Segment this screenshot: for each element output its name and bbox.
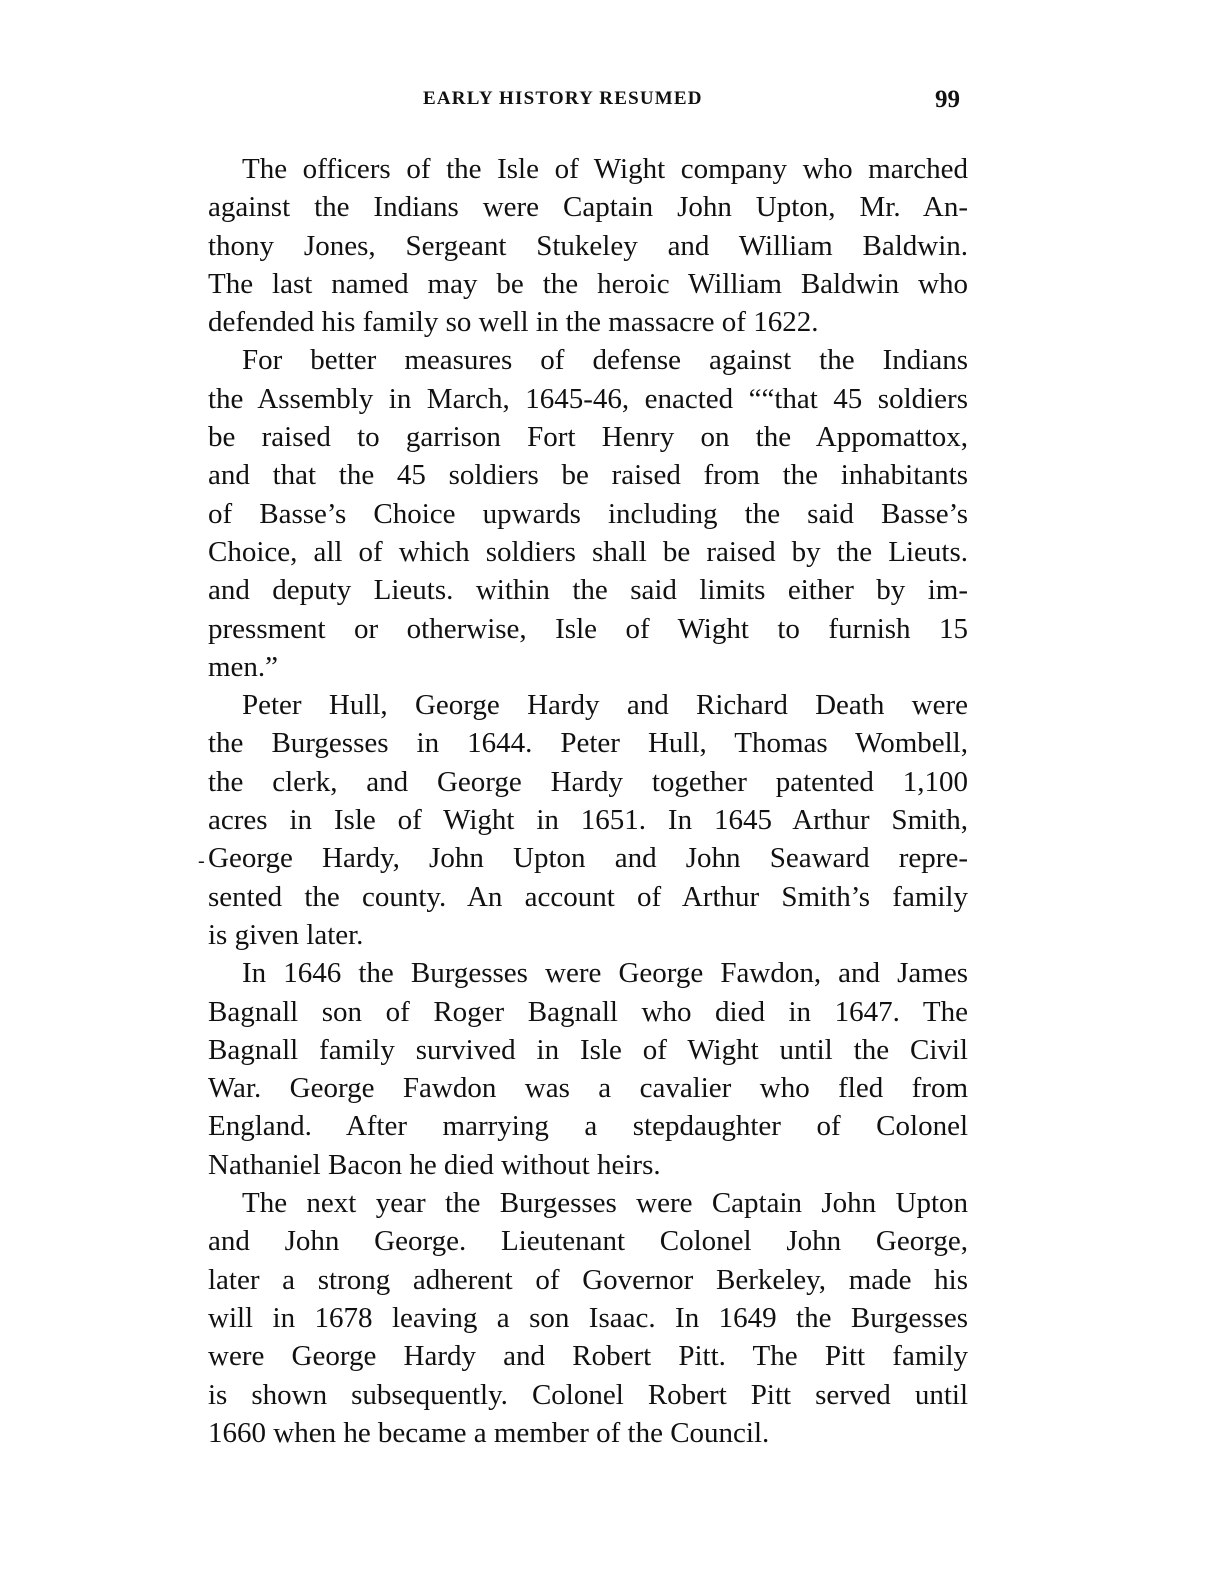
page-number: 99: [935, 86, 960, 114]
text-line: of Basse’s Choice upwards including the …: [208, 495, 968, 533]
text-line: In 1646 the Burgesses were George Fawdon…: [208, 954, 968, 992]
page-header: EARLY HISTORY RESUMED 99: [208, 86, 960, 116]
text-line: men.”: [208, 648, 968, 686]
text-line: Peter Hull, George Hardy and Richard Dea…: [208, 686, 968, 724]
text-line: sented the county. An account of Arthur …: [208, 878, 968, 916]
paragraph: For better measures of defense against t…: [208, 341, 968, 686]
text-line: The last named may be the heroic William…: [208, 265, 968, 303]
text-line: the clerk, and George Hardy together pat…: [208, 763, 968, 801]
text-line: George Hardy, John Upton and John Seawar…: [208, 839, 968, 877]
text-line: later a strong adherent of Governor Berk…: [208, 1261, 968, 1299]
text-line: and deputy Lieuts. within the said limit…: [208, 571, 968, 609]
running-title: EARLY HISTORY RESUMED: [423, 88, 703, 110]
paragraph: The next year the Burgesses were Captain…: [208, 1184, 968, 1452]
text-line: and John George. Lieutenant Colonel John…: [208, 1222, 968, 1260]
paragraph: The officers of the Isle of Wight compan…: [208, 150, 968, 341]
text-line: For better measures of defense against t…: [208, 341, 968, 379]
text-line: War. George Fawdon was a cavalier who fl…: [208, 1069, 968, 1107]
text-line: Nathaniel Bacon he died without heirs.: [208, 1146, 968, 1184]
text-line: 1660 when he became a member of the Coun…: [208, 1414, 968, 1452]
text-line: pressment or otherwise, Isle of Wight to…: [208, 610, 968, 648]
text-line: the Burgesses in 1644. Peter Hull, Thoma…: [208, 724, 968, 762]
text-line: against the Indians were Captain John Up…: [208, 188, 968, 226]
text-line: is shown subsequently. Colonel Robert Pi…: [208, 1376, 968, 1414]
text-line: Bagnall son of Roger Bagnall who died in…: [208, 993, 968, 1031]
paragraph: Peter Hull, George Hardy and Richard Dea…: [208, 686, 968, 954]
text-line: defended his family so well in the massa…: [208, 303, 968, 341]
text-line: acres in Isle of Wight in 1651. In 1645 …: [208, 801, 968, 839]
text-line: thony Jones, Sergeant Stukeley and Willi…: [208, 227, 968, 265]
text-line: and that the 45 soldiers be raised from …: [208, 456, 968, 494]
text-line: England. After marrying a stepdaughter o…: [208, 1107, 968, 1145]
text-line: The next year the Burgesses were Captain…: [208, 1184, 968, 1222]
text-line: is given later.: [208, 916, 968, 954]
text-line: The officers of the Isle of Wight compan…: [208, 150, 968, 188]
text-line: Choice, all of which soldiers shall be r…: [208, 533, 968, 571]
text-line: the Assembly in March, 1645-46, enacted …: [208, 380, 968, 418]
text-line: will in 1678 leaving a son Isaac. In 164…: [208, 1299, 968, 1337]
paragraph: In 1646 the Burgesses were George Fawdon…: [208, 954, 968, 1184]
body-text: The officers of the Isle of Wight compan…: [208, 150, 968, 1452]
text-line: Bagnall family survived in Isle of Wight…: [208, 1031, 968, 1069]
text-line: be raised to garrison Fort Henry on the …: [208, 418, 968, 456]
margin-mark: -: [198, 850, 205, 873]
text-line: were George Hardy and Robert Pitt. The P…: [208, 1337, 968, 1375]
